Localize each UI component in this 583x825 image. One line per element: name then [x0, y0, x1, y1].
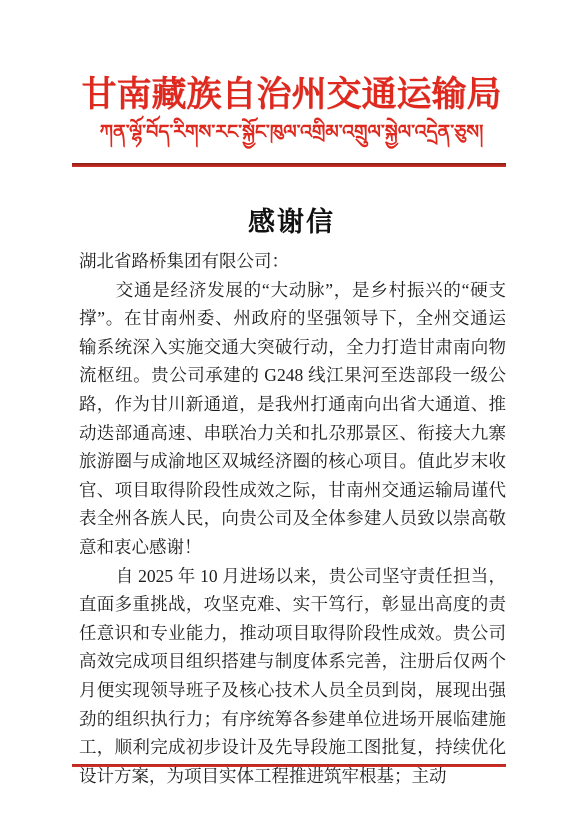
letter-page: 甘南藏族自治州交通运输局 ཀན་ལྷོ་བོད་རིགས་རང་སྐྱོང་ཁུ… — [0, 0, 583, 825]
letterhead: 甘南藏族自治州交通运输局 ཀན་ལྷོ་བོད་རིགས་རང་སྐྱོང་ཁུ… — [0, 0, 583, 146]
letter-body: 湖北省路桥集团有限公司： 交通是经济发展的“大动脉”，是乡村振兴的“硬支撑”。在… — [79, 247, 506, 790]
paragraph-1: 交通是经济发展的“大动脉”，是乡村振兴的“硬支撑”。在甘南州委、州政府的坚强领导… — [79, 276, 506, 562]
paragraph-2: 自 2025 年 10 月进场以来，贵公司坚守责任担当，直面多重挑战，攻坚克难、… — [79, 562, 506, 791]
footer-divider-line — [72, 764, 506, 767]
letter-title: 感谢信 — [0, 200, 583, 239]
org-name-tibetan: ཀན་ལྷོ་བོད་རིགས་རང་སྐྱོང་ཁུལ་འགྲིམ་འགྲུལ… — [0, 120, 583, 146]
org-name-chinese: 甘南藏族自治州交通运输局 — [0, 72, 583, 118]
salutation: 湖北省路桥集团有限公司： — [79, 247, 506, 276]
letterhead-divider-line — [72, 163, 506, 167]
